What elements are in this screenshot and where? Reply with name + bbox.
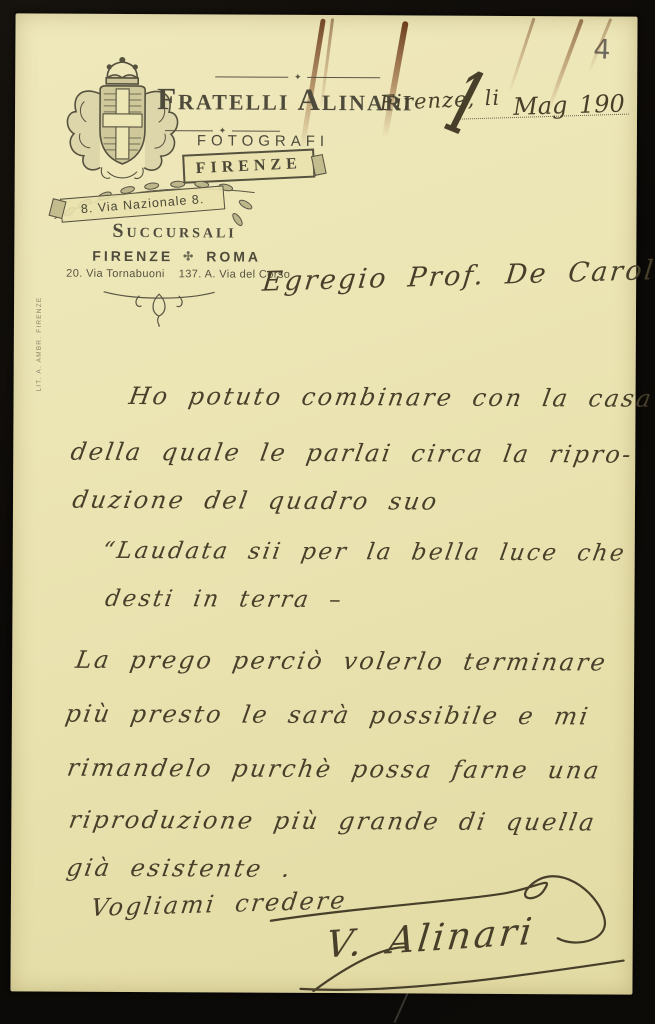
profession-label: FOTOGRAFI (197, 132, 329, 150)
body-line: rimandelo purchè possa farne una (65, 754, 603, 785)
rule-line (308, 77, 381, 78)
letter-paper: 4 (10, 13, 637, 994)
dateline-handwritten: 1 Mag 190 (451, 81, 625, 126)
rule-line (165, 130, 213, 131)
salutation: Egregio Prof. De Carolis (261, 254, 655, 298)
rule-line (215, 76, 288, 77)
body-line: riproduzione più grande di quella (67, 806, 599, 837)
dateline-month-year: Mag 190 (513, 90, 625, 121)
body-line: Ho potuto combinare con la casa (127, 382, 655, 413)
body-line: desti in terra – (103, 586, 345, 613)
diamond-ornament-icon: ✦ (294, 73, 302, 82)
body-line: della quale le parlai circa la ripro- (69, 438, 636, 469)
body-line: già esistente . (65, 854, 295, 883)
frame-scratch (394, 993, 409, 1023)
body-line: “Laudata sii per la bella luce che (101, 538, 629, 567)
branches-title: Succursali (112, 220, 236, 244)
ink-stain (382, 21, 409, 138)
branch-city-right: ROMA (206, 248, 261, 264)
company-title: Fratelli Alinari (157, 81, 413, 118)
flourish-icon (99, 286, 219, 329)
body-line: più presto le sarà possibile e mi (63, 700, 592, 731)
address-ribbon-label: 8. Via Nazionale 8. (80, 192, 204, 216)
floral-ornament-icon: ✣ (183, 249, 196, 263)
branch-cities: FIRENZE ✣ ROMA (92, 248, 261, 265)
printer-imprint: LIT. A. AMBR. FIRENZE (36, 297, 43, 392)
branch-city-left: FIRENZE (92, 248, 173, 264)
body-line: La prego perciò volerlo terminare (74, 646, 610, 677)
branch-addresses: 20. Via Tornabuoni 137. A. Via del Corso (66, 268, 290, 281)
ink-stain (508, 18, 535, 93)
body-line: duzione del quadro suo (71, 486, 442, 516)
branch-address-left: 20. Via Tornabuoni (66, 268, 165, 281)
scanned-letter: 4 (0, 0, 655, 1024)
